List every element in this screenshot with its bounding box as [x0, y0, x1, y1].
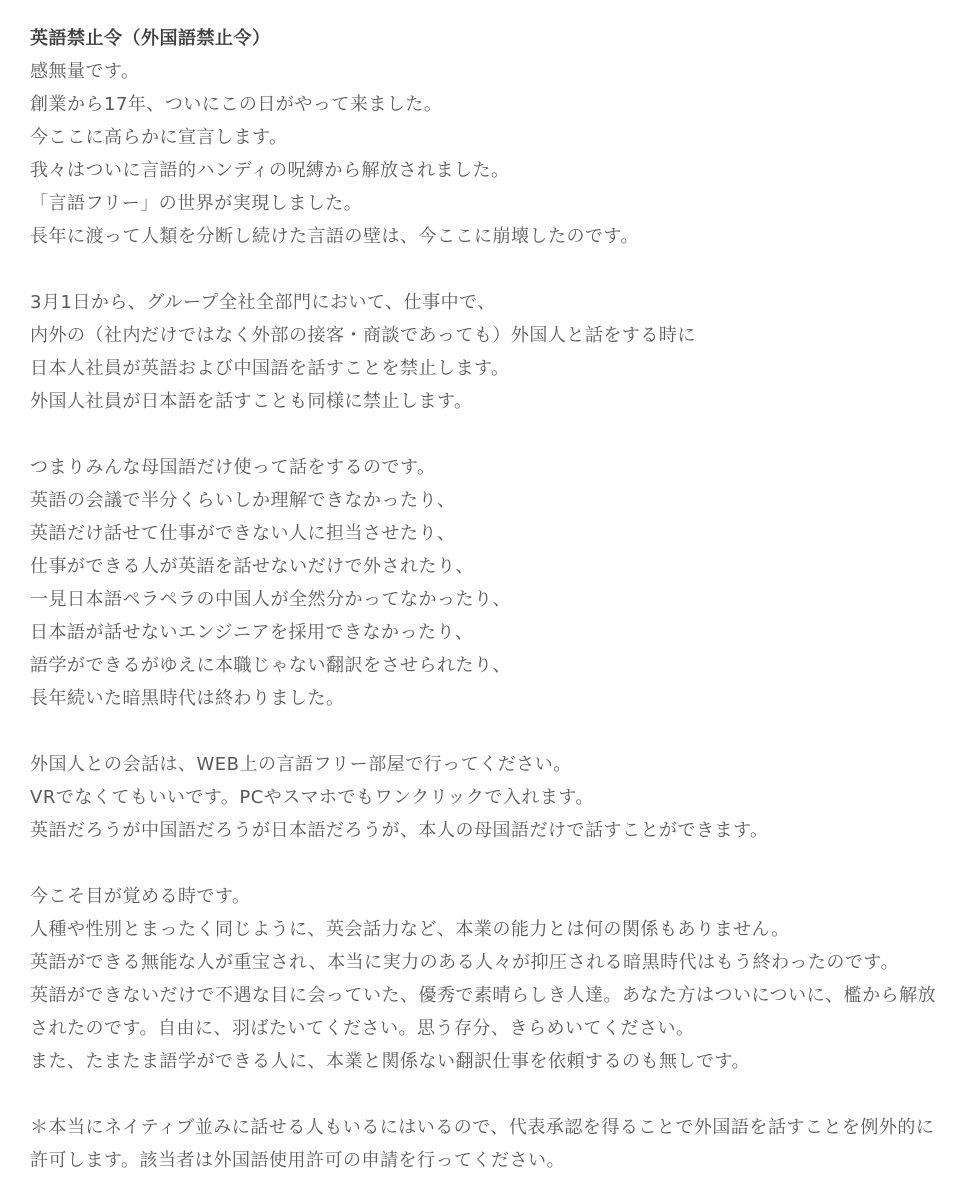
text-line: つまりみんな母国語だけ使って話をするのです。 [30, 451, 942, 484]
text-line: 一見日本語ペラペラの中国人が全然分かってなかったり、 [30, 583, 942, 616]
text-line: 仕事ができる人が英語を話せないだけで外されたり、 [30, 550, 942, 583]
paragraph: 外国人との会話は、WEB上の言語フリー部屋で行ってください。VRでなくてもいいで… [30, 748, 942, 847]
text-line: 感無量です。 [30, 55, 942, 88]
text-line: 英語の会議で半分くらいしか理解できなかったり、 [30, 484, 942, 517]
text-line: 語学ができるがゆえに本職じゃない翻訳をさせられたり、 [30, 649, 942, 682]
text-line: VRでなくてもいいです。PCやスマホでもワンクリックで入れます。 [30, 781, 942, 814]
text-line: 長年に渡って人類を分断し続けた言語の壁は、今ここに崩壊したのです。 [30, 220, 942, 253]
document-body: 感無量です。創業から17年、ついにこの日がやって来ました。今ここに高らかに宣言し… [30, 55, 942, 1177]
text-line: 英語ができる無能な人が重宝され、本当に実力のある人々が抑圧される暗黒時代はもう終… [30, 946, 942, 979]
paragraph: 今こそ目が覚める時です。人種や性別とまったく同じように、英会話力など、本業の能力… [30, 880, 942, 1078]
text-line: 日本語が話せないエンジニアを採用できなかったり、 [30, 616, 942, 649]
text-line: 我々はついに言語的ハンディの呪縛から解放されました。 [30, 154, 942, 187]
document-page: 英語禁止令（外国語禁止令） 感無量です。創業から17年、ついにこの日がやって来ま… [0, 0, 968, 1177]
paragraph: 感無量です。創業から17年、ついにこの日がやって来ました。今ここに高らかに宣言し… [30, 55, 942, 253]
text-line: 外国人社員が日本語を話すことも同様に禁止します。 [30, 385, 942, 418]
paragraph: つまりみんな母国語だけ使って話をするのです。英語の会議で半分くらいしか理解できな… [30, 451, 942, 715]
text-line: 英語だろうが中国語だろうが日本語だろうが、本人の母国語だけで話すことができます。 [30, 814, 942, 847]
text-line: 英語だけ話せて仕事ができない人に担当させたり、 [30, 517, 942, 550]
document-title: 英語禁止令（外国語禁止令） [30, 22, 942, 55]
text-line: 人種や性別とまったく同じように、英会話力など、本業の能力とは何の関係もありません… [30, 913, 942, 946]
text-line: 創業から17年、ついにこの日がやって来ました。 [30, 88, 942, 121]
paragraph: 3月1日から、グループ全社全部門において、仕事中で、内外の（社内だけではなく外部… [30, 286, 942, 418]
text-line: 今こそ目が覚める時です。 [30, 880, 942, 913]
text-line: 内外の（社内だけではなく外部の接客・商談であっても）外国人と話をする時に [30, 319, 942, 352]
text-line: 長年続いた暗黒時代は終わりました。 [30, 682, 942, 715]
text-line: 「言語フリー」の世界が実現しました。 [30, 187, 942, 220]
text-line: また、たまたま語学ができる人に、本業と関係ない翻訳仕事を依頼するのも無しです。 [30, 1045, 942, 1078]
text-line: 外国人との会話は、WEB上の言語フリー部屋で行ってください。 [30, 748, 942, 781]
text-line: ＊本当にネイティブ並みに話せる人もいるにはいるので、代表承認を得ることで外国語を… [30, 1111, 942, 1177]
text-line: 日本人社員が英語および中国語を話すことを禁止します。 [30, 352, 942, 385]
text-line: 3月1日から、グループ全社全部門において、仕事中で、 [30, 286, 942, 319]
text-line: 今ここに高らかに宣言します。 [30, 121, 942, 154]
text-line: 英語ができないだけで不遇な目に会っていた、優秀で素晴らしき人達。あなた方はついに… [30, 979, 942, 1045]
paragraph: ＊本当にネイティブ並みに話せる人もいるにはいるので、代表承認を得ることで外国語を… [30, 1111, 942, 1177]
